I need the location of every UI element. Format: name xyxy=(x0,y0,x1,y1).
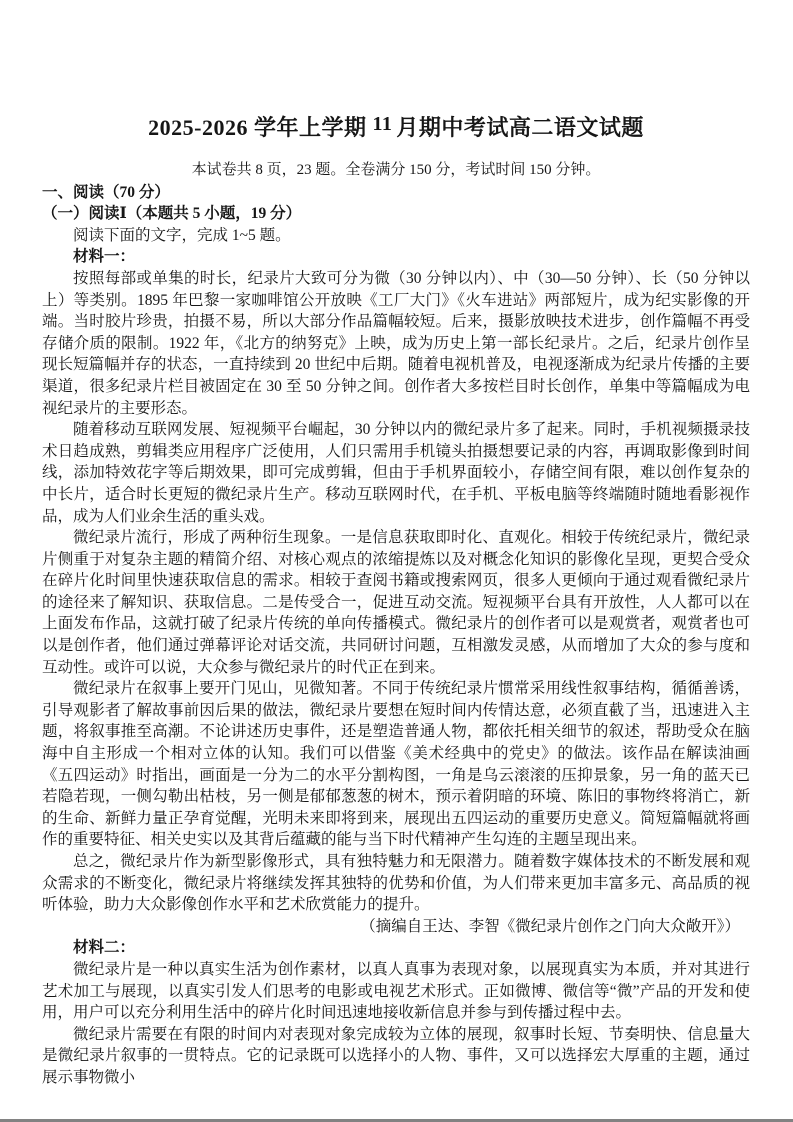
subsection-heading: （一）阅读Ⅰ（本题共 5 小题，19 分） xyxy=(42,203,750,225)
reading-instruction: 阅读下面的文字，完成 1~5 题。 xyxy=(42,225,750,247)
page-content: 2025-2026 学年上学期11月期中考试高二语文试题 本试卷共 8 页，23… xyxy=(0,0,793,1089)
material-one-paragraph-1: 按照每部或单集的时长，纪录片大致可分为微（30 分钟以内）、中（30—50 分钟… xyxy=(42,268,750,419)
material-one-paragraph-3: 微纪录片流行，形成了两种衍生现象。一是信息获取即时化、直观化。相较于传统纪录片，… xyxy=(42,527,750,678)
material-one-label: 材料一： xyxy=(42,246,750,268)
material-two-paragraph-1: 微纪录片是一种以真实生活为创作素材，以真人真事为表现对象，以展现真实为本质，并对… xyxy=(42,959,750,1024)
material-one-paragraph-2: 随着移动互联网发展、短视频平台崛起，30 分钟以内的微纪录片多了起来。同时，手机… xyxy=(42,419,750,527)
title-month-number: 11 xyxy=(372,113,392,135)
material-one-attribution: （摘编自王达、李智《微纪录片创作之门向大众敞开》） xyxy=(42,916,750,938)
material-two-label: 材料二： xyxy=(42,937,750,959)
title-suffix: 月期中考试高二语文试题 xyxy=(396,115,644,140)
material-one-paragraph-4: 微纪录片在叙事上要开门见山，见微知著。不同于传统纪录片惯常采用线性叙事结构，循循… xyxy=(42,678,750,851)
title-prefix: 2025-2026 学年上学期 xyxy=(148,115,366,140)
material-one-paragraph-5: 总之，微纪录片作为新型影像形式，具有独特魅力和无限潜力。随着数字媒体技术的不断发… xyxy=(42,851,750,916)
exam-paper-page: 2025-2026 学年上学期11月期中考试高二语文试题 本试卷共 8 页，23… xyxy=(0,0,793,1122)
exam-info-line: 本试卷共 8 页，23 题。全卷满分 150 分，考试时间 150 分钟。 xyxy=(42,160,750,182)
section-heading: 一、阅读（70 分） xyxy=(42,182,750,204)
page-title: 2025-2026 学年上学期11月期中考试高二语文试题 xyxy=(42,112,750,145)
material-two-paragraph-2: 微纪录片需要在有限的时间内对表现对象完成较为立体的展现，叙事时长短、节奏明快、信… xyxy=(42,1024,750,1089)
